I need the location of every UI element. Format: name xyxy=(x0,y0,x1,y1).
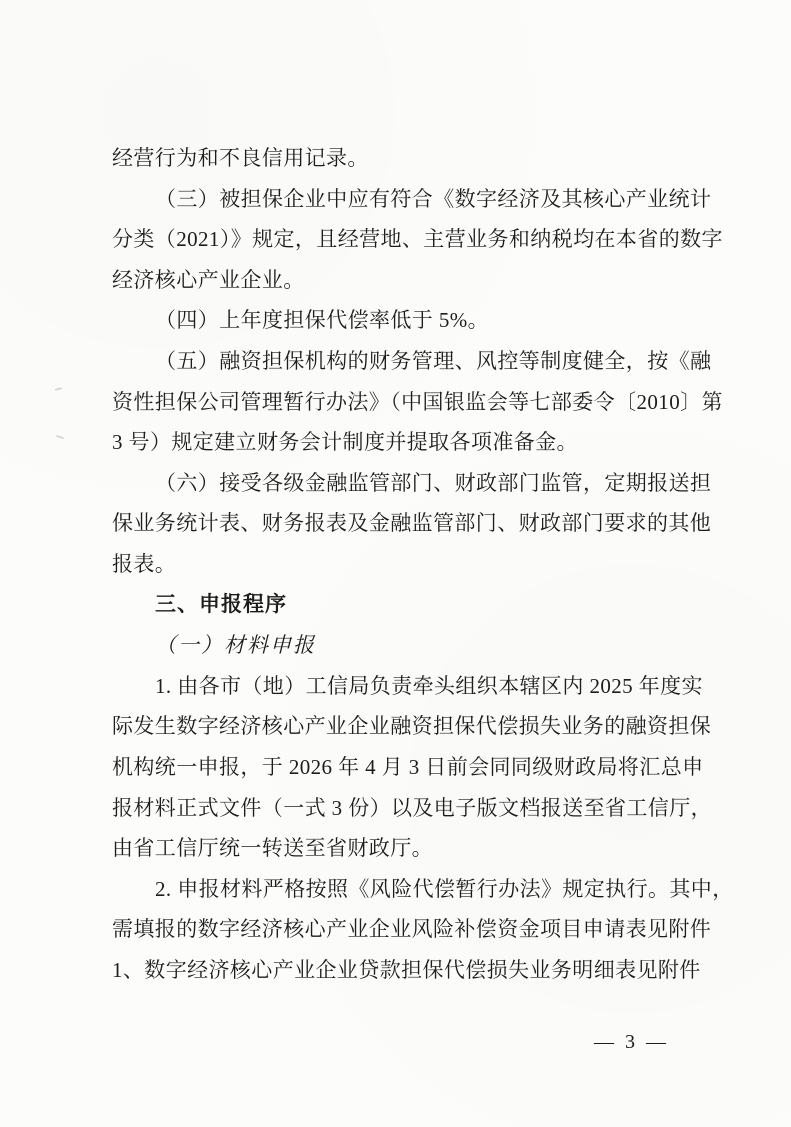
text-line: 机构统一申报，于 2026 年 4 月 3 日前会同同级财政局将汇总申 xyxy=(112,747,706,788)
text-line: （三）被担保企业中应有符合《数字经济及其核心产业统计 xyxy=(112,179,706,220)
text-line: 2. 申报材料严格按照《风险代偿暂行办法》规定执行。其中， xyxy=(112,869,706,910)
text-line: 3 号）规定建立财务会计制度并提取各项准备金。 xyxy=(112,422,706,463)
scan-artifact xyxy=(55,387,62,391)
scanned-document-page: 经营行为和不良信用记录。（三）被担保企业中应有符合《数字经济及其核心产业统计分类… xyxy=(0,0,791,1127)
text-line: （四）上年度担保代偿率低于 5%。 xyxy=(112,300,706,341)
text-line: 1. 由各市（地）工信局负责牵头组织本辖区内 2025 年度实 xyxy=(112,666,706,707)
text-line: 1、数字经济核心产业企业贷款担保代偿损失业务明细表见附件 xyxy=(112,950,706,991)
text-line: 际发生数字经济核心产业企业融资担保代偿损失业务的融资担保 xyxy=(112,706,706,747)
text-line: 保业务统计表、财务报表及金融监管部门、财政部门要求的其他 xyxy=(112,503,706,544)
text-line: （五）融资担保机构的财务管理、风控等制度健全，按《融 xyxy=(112,341,706,382)
text-line: 经济核心产业企业。 xyxy=(112,260,706,301)
text-line: 报表。 xyxy=(112,544,706,585)
text-line: 由省工信厅统一转送至省财政厅。 xyxy=(112,828,706,869)
section-heading: 三、申报程序 xyxy=(112,585,706,626)
document-body: 经营行为和不良信用记录。（三）被担保企业中应有符合《数字经济及其核心产业统计分类… xyxy=(112,138,706,990)
page-number: — 3 — xyxy=(594,1031,669,1054)
text-line: 资性担保公司管理暂行办法》（中国银监会等七部委令〔2010〕第 xyxy=(112,382,706,423)
scan-artifact xyxy=(56,435,64,439)
text-line: 经营行为和不良信用记录。 xyxy=(112,138,706,179)
text-line: 需填报的数字经济核心产业企业风险补偿资金项目申请表见附件 xyxy=(112,909,706,950)
text-line: 分类（2021）》规定，且经营地、主营业务和纳税均在本省的数字 xyxy=(112,219,706,260)
subsection-heading: （一）材料申报 xyxy=(112,625,706,666)
text-line: （六）接受各级金融监管部门、财政部门监管，定期报送担 xyxy=(112,463,706,504)
text-line: 报材料正式文件（一式 3 份）以及电子版文档报送至省工信厅， xyxy=(112,788,706,829)
